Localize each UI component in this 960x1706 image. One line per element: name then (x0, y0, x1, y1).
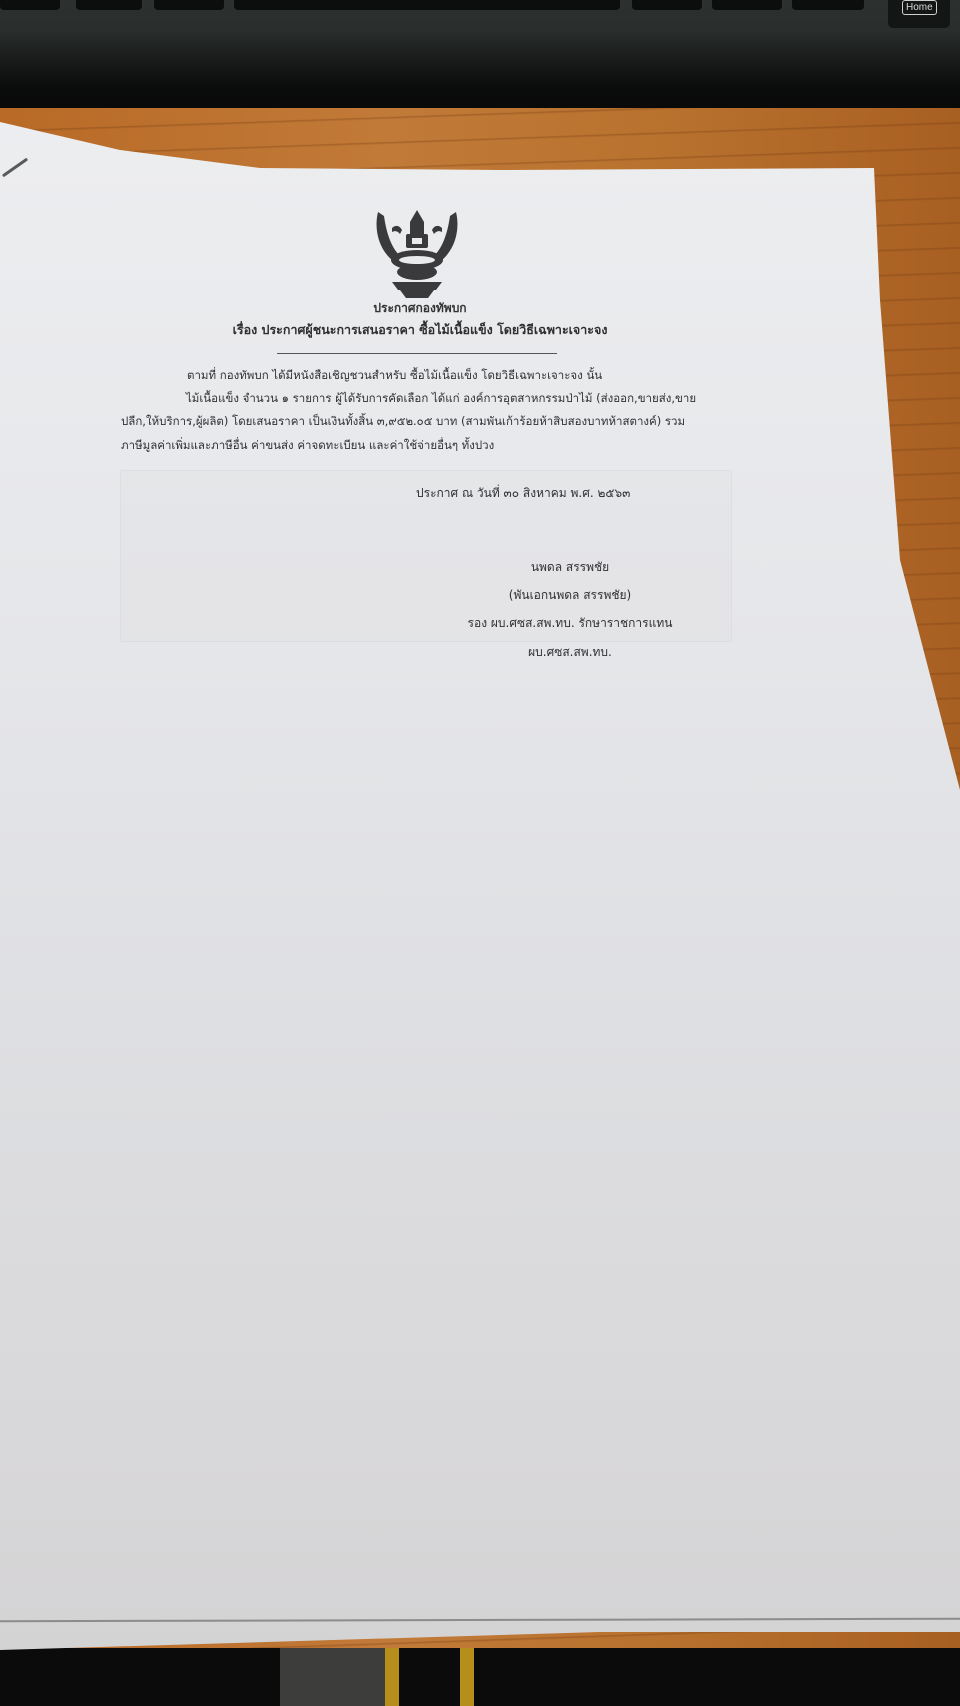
body-line: ภาษีมูลค่าเพิ่มและภาษีอื่น ค่าขนส่ง ค่าจ… (121, 437, 494, 455)
keyboard-key (712, 0, 782, 10)
announcement-heading: ประกาศกองทัพบก (300, 299, 540, 318)
body-line: ตามที่ กองทัพบก ได้มีหนังสือเชิญชวนสำหรั… (187, 367, 602, 385)
signature: นพดล สรรพชัย (440, 558, 700, 577)
keyboard-spacebar (234, 0, 620, 10)
keyboard-key (792, 0, 864, 10)
announcement-subject: เรื่อง ประกาศผู้ชนะการเสนอราคา ซื้อไม้เน… (200, 320, 640, 340)
keyboard-key (76, 0, 142, 10)
signer-position: รอง ผบ.ศซส.สพ.ทบ. รักษาราชการแทน (430, 614, 710, 633)
announcement-date: ประกาศ ณ วันที่ ๓๐ สิงหาคม พ.ศ. ๒๕๖๓ (416, 484, 630, 503)
signer-printed-name: (พันเอกนพดล สรรพชัย) (440, 586, 700, 605)
keyboard-key (632, 0, 702, 10)
paper-sheet (0, 0, 960, 1706)
keyboard-key (0, 0, 60, 10)
floor-area (280, 1648, 390, 1706)
keyboard: Home (0, 0, 960, 120)
keyboard-home-key: Home (888, 0, 950, 28)
home-key-label: Home (902, 0, 937, 15)
keyboard-key (154, 0, 224, 10)
floor-stripe (385, 1648, 399, 1706)
body-line: ไม้เนื้อแข็ง จำนวน ๑ รายการ ผู้ได้รับการ… (186, 390, 696, 408)
body-line: ปลีก,ให้บริการ,ผู้ผลิต) โดยเสนอราคา เป็น… (121, 413, 685, 431)
floor-stripe (460, 1648, 474, 1706)
heading-divider (277, 353, 557, 354)
garuda-emblem-icon (370, 208, 464, 300)
signer-position-title: ผบ.ศซส.สพ.ทบ. (440, 643, 700, 662)
